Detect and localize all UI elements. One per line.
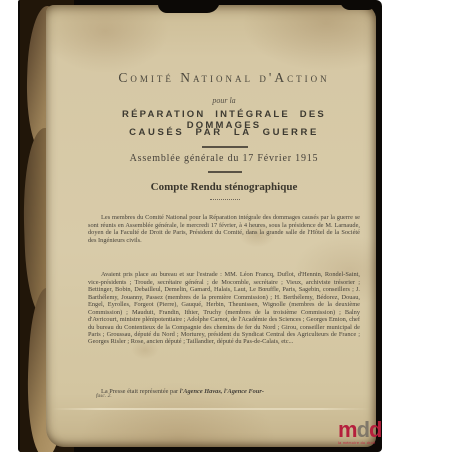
watermark-tagline: la mémoire du droit <box>338 442 382 446</box>
divider-rule <box>208 171 242 173</box>
subject-line-2: CAUSÉS PAR LA GUERRE <box>88 127 360 138</box>
printer-signature-mark: fasc. 2. <box>96 393 112 399</box>
connector-text: pour la <box>88 96 360 105</box>
paper-crease <box>52 408 370 410</box>
divider-rule <box>202 146 248 148</box>
press-prefix: La Presse était représentée par <box>101 388 180 395</box>
press-agencies: l'Agence Havas, l'Agence Four- <box>180 388 264 395</box>
torn-nick <box>340 0 374 10</box>
assembly-line: Assemblée générale du 17 Février 1915 <box>88 153 360 164</box>
scanned-page: Comité National d'Action pour la RÉPARAT… <box>0 0 452 452</box>
committee-title: Comité National d'Action <box>88 70 360 86</box>
watermark-letter: m <box>338 417 357 442</box>
torn-notch <box>158 0 220 13</box>
dotted-rule <box>210 199 240 200</box>
paragraph-2: Avaient pris place au bureau et sur l'es… <box>88 271 360 346</box>
report-heading: Compte Rendu sténographique <box>88 181 360 193</box>
paragraph-3: La Presse était représentée par l'Agence… <box>88 388 360 395</box>
watermark-letter: d <box>369 417 381 442</box>
paragraph-1: Les membres du Comité National pour la R… <box>88 214 360 244</box>
watermark-letter: d <box>357 417 369 442</box>
bookseller-watermark: mdd la mémoire du droit <box>338 419 382 446</box>
